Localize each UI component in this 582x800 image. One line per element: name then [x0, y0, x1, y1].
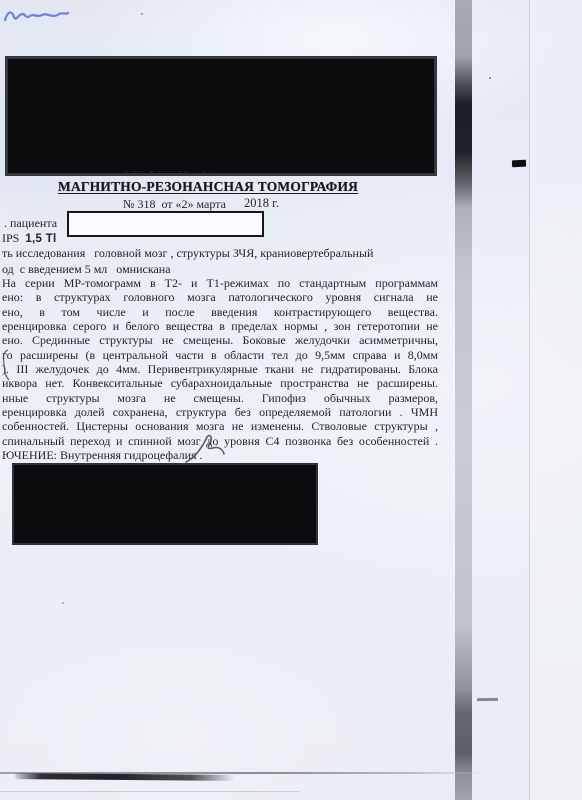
document-title: МАГНИТНО-РЕЗОНАНСНАЯ ТОМОГРАФИЯ — [58, 179, 368, 195]
paper-speck — [489, 77, 491, 79]
scan-artifact-dash — [477, 698, 498, 701]
report-line: нные структуры мозга не смещены. Гипофиз… — [2, 391, 438, 405]
scanner-field-strength: 1,5 Tl — [25, 233, 56, 245]
scan-backing-area — [530, 0, 582, 800]
report-line: иквора нет. Конвекситальные субарахноида… — [2, 376, 438, 390]
report-line: ено. Срединные структуры не смещены. Бок… — [2, 333, 438, 347]
patient-name-box — [67, 211, 264, 237]
blue-pen-mark-icon — [2, 5, 72, 27]
report-line: На серии МР-томограмм в Т2- и Т1-режимах… — [2, 276, 438, 290]
scan-artifact-streak — [15, 773, 235, 781]
document-year: 2018 г. — [244, 196, 279, 211]
paper-speck — [141, 13, 143, 15]
scanner-label: IPS — [2, 231, 19, 245]
report-line: еренцировка серого и белого вещества в п… — [2, 319, 438, 333]
redaction-box-conclusion — [12, 463, 318, 545]
report-line: собенностей. Цистерны основания мозга не… — [2, 419, 438, 433]
report-line: ). III желудочек до 4мм. Перивентрикуляр… — [2, 362, 438, 376]
paper-crease-line — [529, 0, 530, 800]
scan-artifact-faint-line — [0, 791, 300, 792]
report-line: ено, в том числе и после введения контра… — [2, 305, 438, 319]
report-line: го расширены (в центральной части в обла… — [2, 348, 438, 362]
redaction-box-top — [5, 56, 437, 176]
scan-artifact-dash — [512, 160, 526, 168]
document-number: № 318 от «2» марта — [123, 197, 226, 212]
obscured-text-fragment: ган ремгор- уу — [126, 171, 256, 179]
scanned-document-page: ган ремгор- уу МАГНИТНО-РЕЗОНАНСНАЯ ТОМО… — [0, 0, 582, 800]
report-line: ено: в структурах головного мозга патоло… — [2, 290, 438, 304]
scanner-line: IPS 1,5 Tl — [2, 231, 57, 246]
obscured-text: ган ремгор- уу — [126, 171, 256, 175]
scan-edge-strip — [455, 0, 472, 800]
patient-label: . пациента — [4, 216, 57, 231]
pen-check-mark-icon — [183, 434, 227, 466]
report-line: еренцировка долей сохранена, структура б… — [2, 405, 438, 419]
pen-bracket-icon — [0, 348, 10, 382]
paper-speck — [62, 602, 64, 604]
contrast-line: од с введением 5 мл омнискана — [2, 262, 171, 277]
study-area-line: ть исследования головной мозг , структур… — [2, 246, 373, 261]
